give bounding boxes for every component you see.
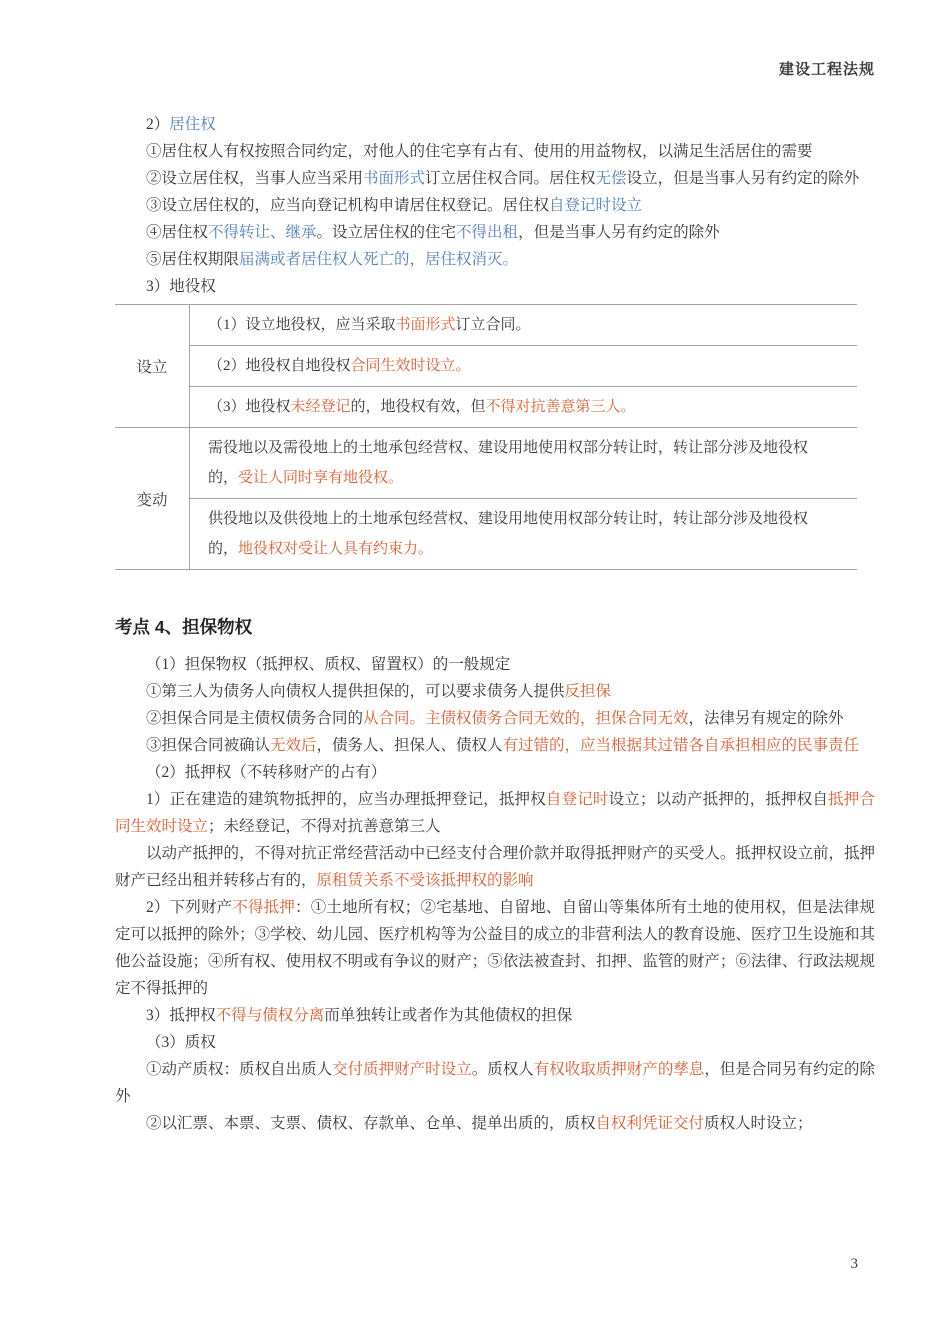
text-run: 质权人时设立； [704, 1115, 813, 1132]
paragraph: ①第三人为债务人向债权人提供担保的，可以要求债务人提供反担保 [115, 678, 875, 705]
text-run: 设立；以动产抵押的，抵押权自 [609, 791, 829, 808]
text-run: 2）下列财产 [146, 899, 232, 916]
text-run: ①居住权人有权按照合同约定，对他人的住宅享有占有、使用的用益物权，以满足生活居住… [146, 143, 813, 160]
paragraph: 1）正在建造的建筑物抵押的，应当办理抵押登记，抵押权自登记时设立；以动产抵押的，… [115, 786, 875, 840]
text-run: 届满或者居住权人死亡的，居住权消灭。 [239, 251, 518, 268]
text-run: 无偿 [596, 170, 627, 187]
text-run: 原租赁关系不受该抵押权的影响 [317, 872, 534, 889]
paragraph: 3）地役权 [115, 273, 875, 300]
text-run: ；未经登记，不得对抗善意第三人 [208, 818, 441, 835]
text-run: 交付质押财产时设立 [332, 1061, 472, 1078]
text-run: 从合同。主债权债务合同无效的，担保合同无效 [363, 710, 689, 727]
text-run: 1）正在建造的建筑物抵押的，应当办理抵押登记，抵押权 [146, 791, 546, 808]
paragraph: ④居住权不得转让、继承。设立居住权的住宅不得出租，但是当事人另有约定的除外 [115, 219, 875, 246]
text-run: ⑤居住权期限 [146, 251, 239, 268]
text-run: 未经登记 [291, 399, 351, 415]
text-run: （1）设立地役权，应当采取 [208, 317, 396, 333]
table-cell: （1）设立地役权，应当采取书面形式订立合同。 [190, 305, 858, 346]
text-run: （3）地役权 [208, 399, 291, 415]
text-run: 不得与债权分离 [216, 1007, 325, 1024]
paragraph: ②设立居住权，当事人应当采用书面形式订立居住权合同。居住权无偿设立，但是当事人另… [115, 165, 875, 192]
page-header: 建设工程法规 [779, 58, 875, 79]
text-run: （2）地役权自地役权 [208, 358, 351, 374]
text-run: 合同生效时设立。 [351, 358, 471, 374]
table-cell: （2）地役权自地役权合同生效时设立。 [190, 346, 858, 387]
text-run: 地役权对受让人具有约束力。 [238, 541, 433, 557]
text-run: 设立，但是当事人另有约定的除外 [627, 170, 860, 187]
table-row: 供役地以及供役地上的土地承包经营权、建设用地使用权部分转让时，转让部分涉及地役权… [115, 499, 857, 570]
text-run: ③设立居住权的，应当向登记机构申请居住权登记。居住权 [146, 197, 549, 214]
paragraph: 以动产抵押的，不得对抗正常经营活动中已经支付合理价款并取得抵押财产的买受人。抵押… [115, 840, 875, 894]
text-run: 3）抵押权 [146, 1007, 216, 1024]
paragraph: ①居住权人有权按照合同约定，对他人的住宅享有占有、使用的用益物权，以满足生活居住… [115, 138, 875, 165]
text-run: 不得出租 [456, 224, 518, 241]
table-row-label: 变动 [115, 428, 190, 570]
paragraph: （1）担保物权（抵押权、质权、留置权）的一般规定 [115, 651, 875, 678]
table-row: （3）地役权未经登记的，地役权有效，但不得对抗善意第三人。 [115, 387, 857, 428]
text-run: ①动产质权：质权自出质人 [146, 1061, 332, 1078]
text-run: ③担保合同被确认 [146, 737, 270, 754]
page-number: 3 [851, 1256, 859, 1272]
text-run: （1）担保物权（抵押权、质权、留置权）的一般规定 [146, 656, 510, 673]
paragraph: ①动产质权：质权自出质人交付质押财产时设立。质权人有权收取质押财产的孳息，但是合… [115, 1056, 875, 1110]
text-run: 的，地役权有效，但 [351, 399, 486, 415]
text-run: 书面形式 [363, 170, 425, 187]
text-run: 而单独转让或者作为其他债权的担保 [324, 1007, 572, 1024]
paragraph: ⑤居住权期限届满或者居住权人死亡的，居住权消灭。 [115, 246, 875, 273]
text-run: 订立合同。 [456, 317, 531, 333]
document-page: 建设工程法规 2）居住权①居住权人有权按照合同约定，对他人的住宅享有占有、使用的… [0, 0, 950, 1333]
text-run: 。设立居住权的住宅 [317, 224, 457, 241]
table-row: （2）地役权自地役权合同生效时设立。 [115, 346, 857, 387]
text-run: 3）地役权 [146, 278, 216, 295]
table-cell: （3）地役权未经登记的，地役权有效，但不得对抗善意第三人。 [190, 387, 858, 428]
text-run: 不得抵押 [232, 899, 295, 916]
table-cell: 需役地以及需役地上的土地承包经营权、建设用地使用权部分转让时，转让部分涉及地役权… [190, 428, 858, 499]
paragraph: ②担保合同是主债权债务合同的从合同。主债权债务合同无效的，担保合同无效，法律另有… [115, 705, 875, 732]
text-run: 受让人同时享有地役权。 [238, 470, 403, 486]
text-run: 反担保 [565, 683, 612, 700]
table-row: 变动需役地以及需役地上的土地承包经营权、建设用地使用权部分转让时，转让部分涉及地… [115, 428, 857, 499]
text-run: 居住权 [169, 116, 216, 133]
text-run: ②以汇票、本票、支票、债权、存款单、仓单、提单出质的，质权 [146, 1115, 596, 1132]
text-run: 书面形式 [396, 317, 456, 333]
paragraph: （3）质权 [115, 1029, 875, 1056]
text-run: 2） [146, 116, 169, 133]
text-run: 有权收取质押财产的孳息 [534, 1061, 705, 1078]
text-run: （3）质权 [146, 1034, 216, 1051]
paragraph: 3）抵押权不得与债权分离而单独转让或者作为其他债权的担保 [115, 1002, 875, 1029]
text-run: ②设立居住权，当事人应当采用 [146, 170, 363, 187]
text-run: ①第三人为债务人向债权人提供担保的，可以要求债务人提供 [146, 683, 565, 700]
text-run: 自登记时设立 [549, 197, 642, 214]
text-run: 自权利凭证交付 [596, 1115, 705, 1132]
paragraph: ②以汇票、本票、支票、债权、存款单、仓单、提单出质的，质权自权利凭证交付质权人时… [115, 1110, 875, 1137]
text-run: 有过错的，应当根据其过错各自承担相应的民事责任 [503, 737, 860, 754]
table-row-label: 设立 [115, 305, 190, 428]
text-run: 不得对抗善意第三人。 [486, 399, 636, 415]
text-run: 自登记时 [546, 791, 609, 808]
table-row: 设立（1）设立地役权，应当采取书面形式订立合同。 [115, 305, 857, 346]
text-run: 订立居住权合同。居住权 [425, 170, 596, 187]
paragraph: （2）抵押权（不转移财产的占有） [115, 759, 875, 786]
section-heading: 考点 4、担保物权 [115, 615, 875, 639]
table-cell: 供役地以及供役地上的土地承包经营权、建设用地使用权部分转让时，转让部分涉及地役权… [190, 499, 858, 570]
paragraph: 2）下列财产不得抵押：①土地所有权；②宅基地、自留地、自留山等集体所有土地的使用… [115, 894, 875, 1002]
page-footer: 3 [851, 1256, 859, 1273]
header-title: 建设工程法规 [779, 61, 875, 78]
text-run: （2）抵押权（不转移财产的占有） [146, 764, 386, 781]
paragraph: ③设立居住权的，应当向登记机构申请居住权登记。居住权自登记时设立 [115, 192, 875, 219]
text-run: ，但是当事人另有约定的除外 [518, 224, 720, 241]
text-run: 不得转让、继承 [208, 224, 317, 241]
text-run: 考点 4、担保物权 [115, 617, 252, 637]
paragraph: ③担保合同被确认无效后，债务人、担保人、债权人有过错的，应当根据其过错各自承担相… [115, 732, 875, 759]
text-run: 。质权人 [472, 1061, 534, 1078]
paragraph: 2）居住权 [115, 111, 875, 138]
text-run: ，债务人、担保人、债权人 [317, 737, 503, 754]
easement-table: 设立（1）设立地役权，应当采取书面形式订立合同。（2）地役权自地役权合同生效时设… [115, 304, 857, 570]
text-run: 无效后 [270, 737, 317, 754]
text-run: ②担保合同是主债权债务合同的 [146, 710, 363, 727]
text-run: ④居住权 [146, 224, 208, 241]
text-run: ，法律另有规定的除外 [689, 710, 844, 727]
document-content: 2）居住权①居住权人有权按照合同约定，对他人的住宅享有占有、使用的用益物权，以满… [115, 111, 875, 1137]
